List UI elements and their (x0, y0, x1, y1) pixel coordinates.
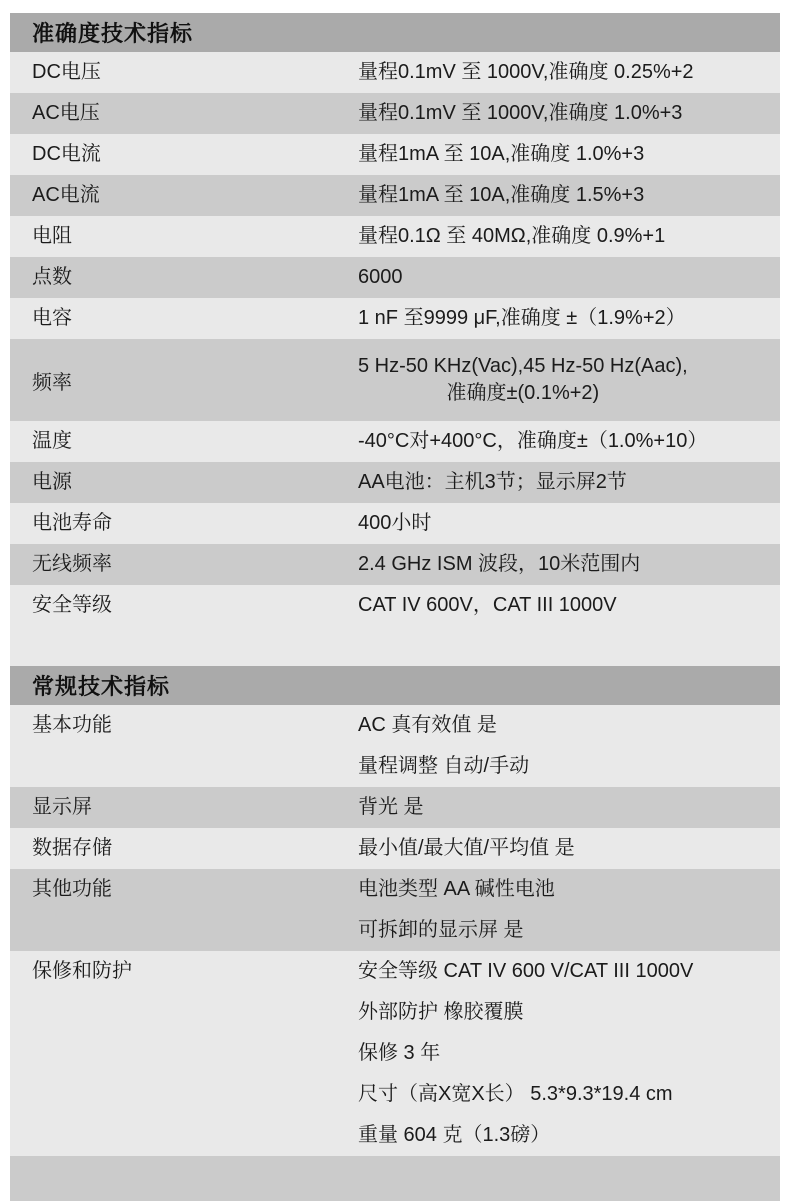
spec-row-label-cell: 其他功能 (10, 869, 358, 951)
spec-row: 点数6000 (10, 257, 780, 298)
section-title: 准确度技术指标 (10, 13, 780, 52)
spec-row-label: 电源 (32, 462, 358, 503)
spec-row-value-cell: 量程1mA 至 10A,准确度 1.5%+3 (358, 175, 780, 216)
spec-row: AC电流量程1mA 至 10A,准确度 1.5%+3 (10, 175, 780, 216)
spec-value-line: 准确度±(0.1%+2) (358, 380, 688, 407)
spec-value-line: 背光 是 (358, 787, 772, 828)
spec-value-line: 量程1mA 至 10A,准确度 1.5%+3 (358, 175, 772, 216)
spec-row-value-wrap: 5 Hz-50 KHz(Vac),45 Hz-50 Hz(Aac),准确度±(0… (358, 353, 688, 407)
spec-row-label-cell: 电阻 (10, 216, 358, 257)
spec-row-value-cell: 安全等级 CAT IV 600 V/CAT III 1000V外部防护 橡胶覆膜… (358, 951, 780, 1156)
spec-row-label-cell: 基本功能 (10, 705, 358, 787)
spec-value-line: 尺寸（高X宽X长） 5.3*9.3*19.4 cm (358, 1074, 772, 1115)
spec-row-label: AC电流 (32, 175, 358, 216)
spec-row-label: 其他功能 (32, 869, 358, 910)
spec-row-label-cell: 保修和防护 (10, 951, 358, 1156)
spec-row-value-cell: CAT IV 600V，CAT III 1000V (358, 585, 780, 626)
spec-value-line: 1 nF 至9999 μF,准确度 ±（1.9%+2） (358, 298, 772, 339)
spec-row-label-cell: 频率 (10, 339, 358, 421)
spec-row: 保修和防护安全等级 CAT IV 600 V/CAT III 1000V外部防护… (10, 951, 780, 1156)
spec-row-label: AC电压 (32, 93, 358, 134)
spec-row-value-cell: 5 Hz-50 KHz(Vac),45 Hz-50 Hz(Aac),准确度±(0… (358, 339, 780, 421)
spec-value-line: -40°C对+400°C，准确度±（1.0%+10） (358, 421, 772, 462)
spec-row: 温度-40°C对+400°C，准确度±（1.0%+10） (10, 421, 780, 462)
spec-value-line: 电池类型 AA 碱性电池 (358, 869, 772, 910)
spec-row-label: 电容 (32, 298, 358, 339)
spec-row-label: DC电压 (32, 52, 358, 93)
spec-row: 基本功能AC 真有效值 是量程调整 自动/手动 (10, 705, 780, 787)
spec-row: DC电流量程1mA 至 10A,准确度 1.0%+3 (10, 134, 780, 175)
spec-row: 无线频率2.4 GHz ISM 波段，10米范围内 (10, 544, 780, 585)
spec-row-label: 显示屏 (32, 787, 358, 828)
spec-value-line: AA电池：主机3节；显示屏2节 (358, 462, 772, 503)
spec-table: 准确度技术指标DC电压量程0.1mV 至 1000V,准确度 0.25%+2AC… (10, 13, 780, 1201)
spec-row-label: 无线频率 (32, 544, 358, 585)
spec-row-label-cell: 温度 (10, 421, 358, 462)
table-footer-strip (10, 1156, 780, 1201)
spec-row-value-cell: 量程0.1mV 至 1000V,准确度 1.0%+3 (358, 93, 780, 134)
spec-row-label: 保修和防护 (32, 951, 358, 992)
spec-row-value-cell: 400小时 (358, 503, 780, 544)
spec-row-value-cell: AA电池：主机3节；显示屏2节 (358, 462, 780, 503)
spec-row-label: 基本功能 (32, 705, 358, 746)
spec-row-value-cell: 电池类型 AA 碱性电池可拆卸的显示屏 是 (358, 869, 780, 951)
section-gap (10, 626, 780, 666)
spec-row-label-cell: 安全等级 (10, 585, 358, 626)
spec-value-line: 6000 (358, 257, 772, 298)
spec-row-value-cell: 量程0.1mV 至 1000V,准确度 0.25%+2 (358, 52, 780, 93)
spec-row-value-cell: AC 真有效值 是量程调整 自动/手动 (358, 705, 780, 787)
spec-row-label-cell: 显示屏 (10, 787, 358, 828)
spec-row: 电容1 nF 至9999 μF,准确度 ±（1.9%+2） (10, 298, 780, 339)
spec-value-line: 最小值/最大值/平均值 是 (358, 828, 772, 869)
spec-row-label-cell: 无线频率 (10, 544, 358, 585)
spec-value-line: 量程0.1mV 至 1000V,准确度 0.25%+2 (358, 52, 772, 93)
spec-row: DC电压量程0.1mV 至 1000V,准确度 0.25%+2 (10, 52, 780, 93)
spec-row: AC电压量程0.1mV 至 1000V,准确度 1.0%+3 (10, 93, 780, 134)
spec-row: 电池寿命400小时 (10, 503, 780, 544)
spec-row: 电源AA电池：主机3节；显示屏2节 (10, 462, 780, 503)
spec-row: 显示屏背光 是 (10, 787, 780, 828)
spec-row-label-cell: AC电流 (10, 175, 358, 216)
spec-value-line: 2.4 GHz ISM 波段，10米范围内 (358, 544, 772, 585)
spec-value-line: AC 真有效值 是 (358, 705, 772, 746)
spec-row-label: DC电流 (32, 134, 358, 175)
spec-row-value-cell: 量程0.1Ω 至 40MΩ,准确度 0.9%+1 (358, 216, 780, 257)
spec-row-label-cell: DC电压 (10, 52, 358, 93)
spec-row-label: 安全等级 (32, 585, 358, 626)
spec-row-label: 电阻 (32, 216, 358, 257)
spec-row-value-cell: 最小值/最大值/平均值 是 (358, 828, 780, 869)
spec-row-label-cell: 电源 (10, 462, 358, 503)
section-title: 常规技术指标 (10, 666, 780, 705)
spec-value-line: 量程0.1Ω 至 40MΩ,准确度 0.9%+1 (358, 216, 772, 257)
spec-value-line: 量程1mA 至 10A,准确度 1.0%+3 (358, 134, 772, 175)
spec-row-label-cell: AC电压 (10, 93, 358, 134)
spec-row-label-cell: DC电流 (10, 134, 358, 175)
spec-row: 其他功能电池类型 AA 碱性电池可拆卸的显示屏 是 (10, 869, 780, 951)
spec-value-line: 量程0.1mV 至 1000V,准确度 1.0%+3 (358, 93, 772, 134)
spec-row-label: 数据存储 (32, 828, 358, 869)
spec-row: 电阻量程0.1Ω 至 40MΩ,准确度 0.9%+1 (10, 216, 780, 257)
spec-row-value-cell: 背光 是 (358, 787, 780, 828)
spec-row-label: 电池寿命 (32, 503, 358, 544)
spec-value-line: 可拆卸的显示屏 是 (358, 910, 772, 951)
spec-row: 安全等级CAT IV 600V，CAT III 1000V (10, 585, 780, 626)
spec-value-line: 量程调整 自动/手动 (358, 746, 772, 787)
spec-row-value-cell: -40°C对+400°C，准确度±（1.0%+10） (358, 421, 780, 462)
spec-value-line: 重量 604 克（1.3磅） (358, 1115, 772, 1156)
spec-row-value-cell: 6000 (358, 257, 780, 298)
spec-row-label-cell: 电池寿命 (10, 503, 358, 544)
spec-value-line: 保修 3 年 (358, 1033, 772, 1074)
spec-row-label-cell: 电容 (10, 298, 358, 339)
spec-value-line: 外部防护 橡胶覆膜 (358, 992, 772, 1033)
spec-value-line: 5 Hz-50 KHz(Vac),45 Hz-50 Hz(Aac), (358, 353, 688, 380)
spec-row-label: 点数 (32, 257, 358, 298)
spec-row-value-cell: 1 nF 至9999 μF,准确度 ±（1.9%+2） (358, 298, 780, 339)
spec-row-label: 温度 (32, 421, 358, 462)
spec-value-line: CAT IV 600V，CAT III 1000V (358, 585, 772, 626)
spec-row: 频率5 Hz-50 KHz(Vac),45 Hz-50 Hz(Aac),准确度±… (10, 339, 780, 421)
spec-value-line: 安全等级 CAT IV 600 V/CAT III 1000V (358, 951, 772, 992)
spec-row-label-cell: 数据存储 (10, 828, 358, 869)
spec-value-line: 400小时 (358, 503, 772, 544)
spec-row: 数据存储最小值/最大值/平均值 是 (10, 828, 780, 869)
spec-row-value-cell: 2.4 GHz ISM 波段，10米范围内 (358, 544, 780, 585)
spec-row-value-cell: 量程1mA 至 10A,准确度 1.0%+3 (358, 134, 780, 175)
spec-row-label-cell: 点数 (10, 257, 358, 298)
spec-row-label: 频率 (32, 366, 72, 395)
